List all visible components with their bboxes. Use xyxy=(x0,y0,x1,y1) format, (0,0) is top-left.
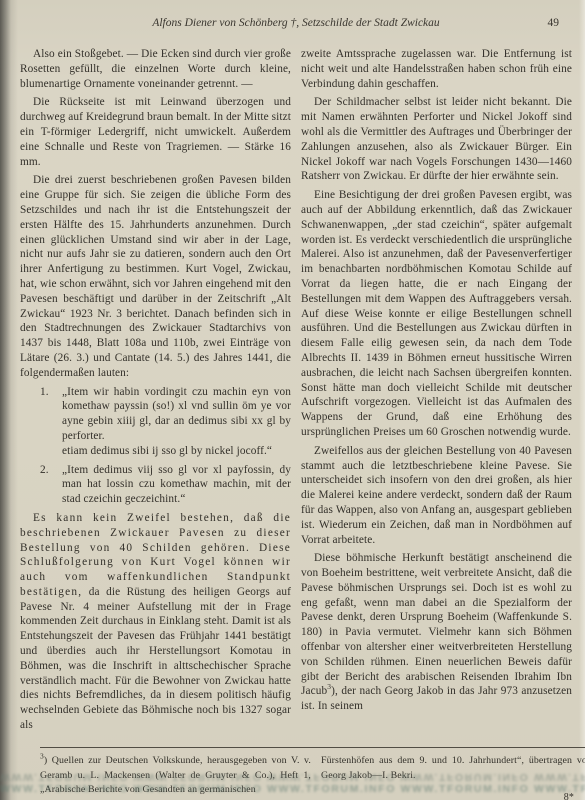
paragraph: Diese böhmische Herkunft bestätigt ansch… xyxy=(301,551,572,714)
paragraph: zweite Amtssprache zugelassen war. Die E… xyxy=(301,47,572,91)
paragraph-text: Diese böhmische Herkunft bestätigt ansch… xyxy=(301,552,572,697)
paragraph: Also ein Stoßgebet. — Die Ecken sind dur… xyxy=(20,47,291,91)
list-item-number: 2. xyxy=(40,463,49,478)
footnote-left: 3) Quellen zur Deutschen Volkskunde, her… xyxy=(40,754,311,800)
footnote-text: Fürstenhöfen aus dem 9. und 10. Jahrhund… xyxy=(321,755,585,781)
list-item-text: „Item dedimus viij sso gl vor xl payfoss… xyxy=(62,463,291,507)
list-item: 1. „Item wir habin vordingit czu machin … xyxy=(20,385,291,459)
list-item-text: „Item wir habin vordingit czu machin eyn… xyxy=(62,385,291,444)
page-content: Alfons Diener von Schönberg †, Setzschil… xyxy=(20,16,572,729)
list-item-number: 1. xyxy=(40,385,49,400)
paragraph-continuation: ), der nach Georg Jakob in das Jahr 973 … xyxy=(301,685,572,712)
paragraph: Es kann kein Zweifel bestehen, daß die b… xyxy=(20,511,291,729)
footnote-right: Fürstenhöfen aus dem 9. und 10. Jahrhund… xyxy=(321,754,585,800)
scanned-book-page: { "header": { "title": "Alfons Diener vo… xyxy=(0,0,585,800)
left-column: Also ein Stoßgebet. — Die Ecken sind dur… xyxy=(20,47,291,729)
right-column: zweite Amtssprache zugelassen war. Die E… xyxy=(301,47,572,729)
footnote-section: 3) Quellen zur Deutschen Volkskunde, her… xyxy=(40,747,585,800)
paragraph: Die drei zuerst beschriebenen großen Pav… xyxy=(20,173,291,380)
footnote-text: ) Quellen zur Deutschen Volkskunde, hera… xyxy=(40,755,311,795)
book-gutter-shadow xyxy=(0,0,18,800)
text-columns: Also ein Stoßgebet. — Die Ecken sind dur… xyxy=(20,47,572,729)
running-header: Alfons Diener von Schönberg †, Setzschil… xyxy=(20,16,572,30)
list-item-addendum: etiam dedimus sibi ij sso gl by nickel j… xyxy=(62,444,291,459)
paragraph: Eine Besichtigung der drei großen Pavese… xyxy=(301,188,572,440)
page-number: 49 xyxy=(548,16,560,30)
page-edge-highlight xyxy=(579,0,585,800)
signature-mark: 8* xyxy=(321,791,585,800)
paragraph-continuation: da die Rüstung des heiligen Georgs auf P… xyxy=(20,586,291,729)
list-item: 2. „Item dedimus viij sso gl vor xl payf… xyxy=(20,463,291,507)
paragraph: Die Rückseite ist mit Leinwand überzogen… xyxy=(20,95,291,169)
footnote-columns: 3) Quellen zur Deutschen Volkskunde, her… xyxy=(40,754,585,800)
paragraph: Der Schildmacher selbst ist leider nicht… xyxy=(301,95,572,184)
paragraph: Zweifellos aus der gleichen Bestellung v… xyxy=(301,444,572,548)
running-header-title: Alfons Diener von Schönberg †, Setzschil… xyxy=(152,17,439,29)
